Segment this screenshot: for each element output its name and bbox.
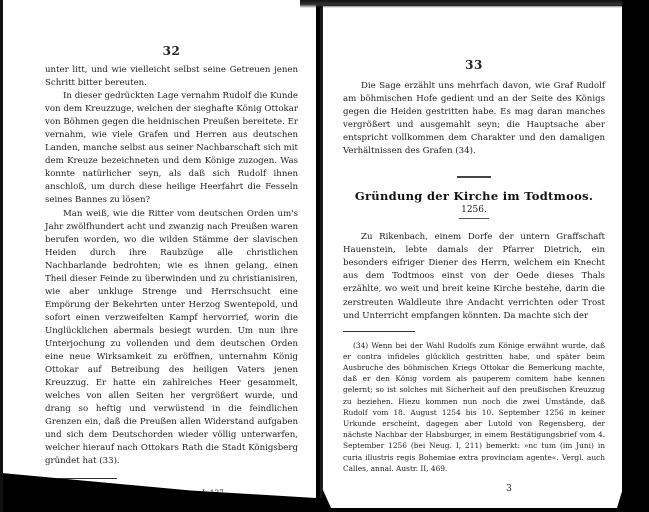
scanned-book-spread: 32 unter litt, und wie vielleicht selbst… <box>0 0 649 512</box>
page-number-right: 33 <box>343 58 605 72</box>
footnote: (34) Wenn bei der Wahl Rudolfs zum König… <box>343 340 605 474</box>
book-gutter <box>320 8 322 498</box>
right-scan-edge <box>622 0 649 512</box>
paragraph: Zu Rikenbach, einem Dorfe der untern Gra… <box>343 231 605 322</box>
left-page-footnotes: (33) Vergl. Pelzel, Gesch. von Böhmen I,… <box>45 487 298 498</box>
left-scan-edge <box>0 0 3 512</box>
paragraph: Die Sage erzählt uns mehrfach davon, wie… <box>343 80 605 158</box>
footnote-divider <box>343 331 415 332</box>
left-page: 32 unter litt, und wie vielleicht selbst… <box>3 0 316 498</box>
footnote: (33) Vergl. Pelzel, Gesch. von Böhmen I,… <box>45 487 298 498</box>
right-page-section-body: Zu Rikenbach, einem Dorfe der untern Gra… <box>343 231 605 322</box>
right-page: 33 Die Sage erzählt uns mehrfach davon, … <box>322 6 623 508</box>
section-year-rule <box>459 218 489 219</box>
page-number-left: 32 <box>45 44 298 58</box>
right-page-footnotes: (34) Wenn bei der Wahl Rudolfs zum König… <box>343 340 605 474</box>
section-title: Gründung der Kirche im Todtmoos. <box>343 189 605 203</box>
right-page-intro: Die Sage erzählt uns mehrfach davon, wie… <box>343 80 605 158</box>
top-scan-shadow <box>300 0 630 8</box>
left-page-body: unter litt, und wie vielleicht selbst se… <box>45 64 298 468</box>
paragraph: In dieser gedrückten Lage vernahm Rudolf… <box>45 90 298 207</box>
section-year: 1256. <box>343 205 605 215</box>
paragraph: Man weiß, wie die Ritter vom deutschen O… <box>45 208 298 469</box>
section-divider <box>457 176 491 178</box>
footnote-divider <box>45 478 117 479</box>
signature-mark: 3 <box>343 484 605 494</box>
paragraph: unter litt, und wie vielleicht selbst se… <box>45 64 298 90</box>
